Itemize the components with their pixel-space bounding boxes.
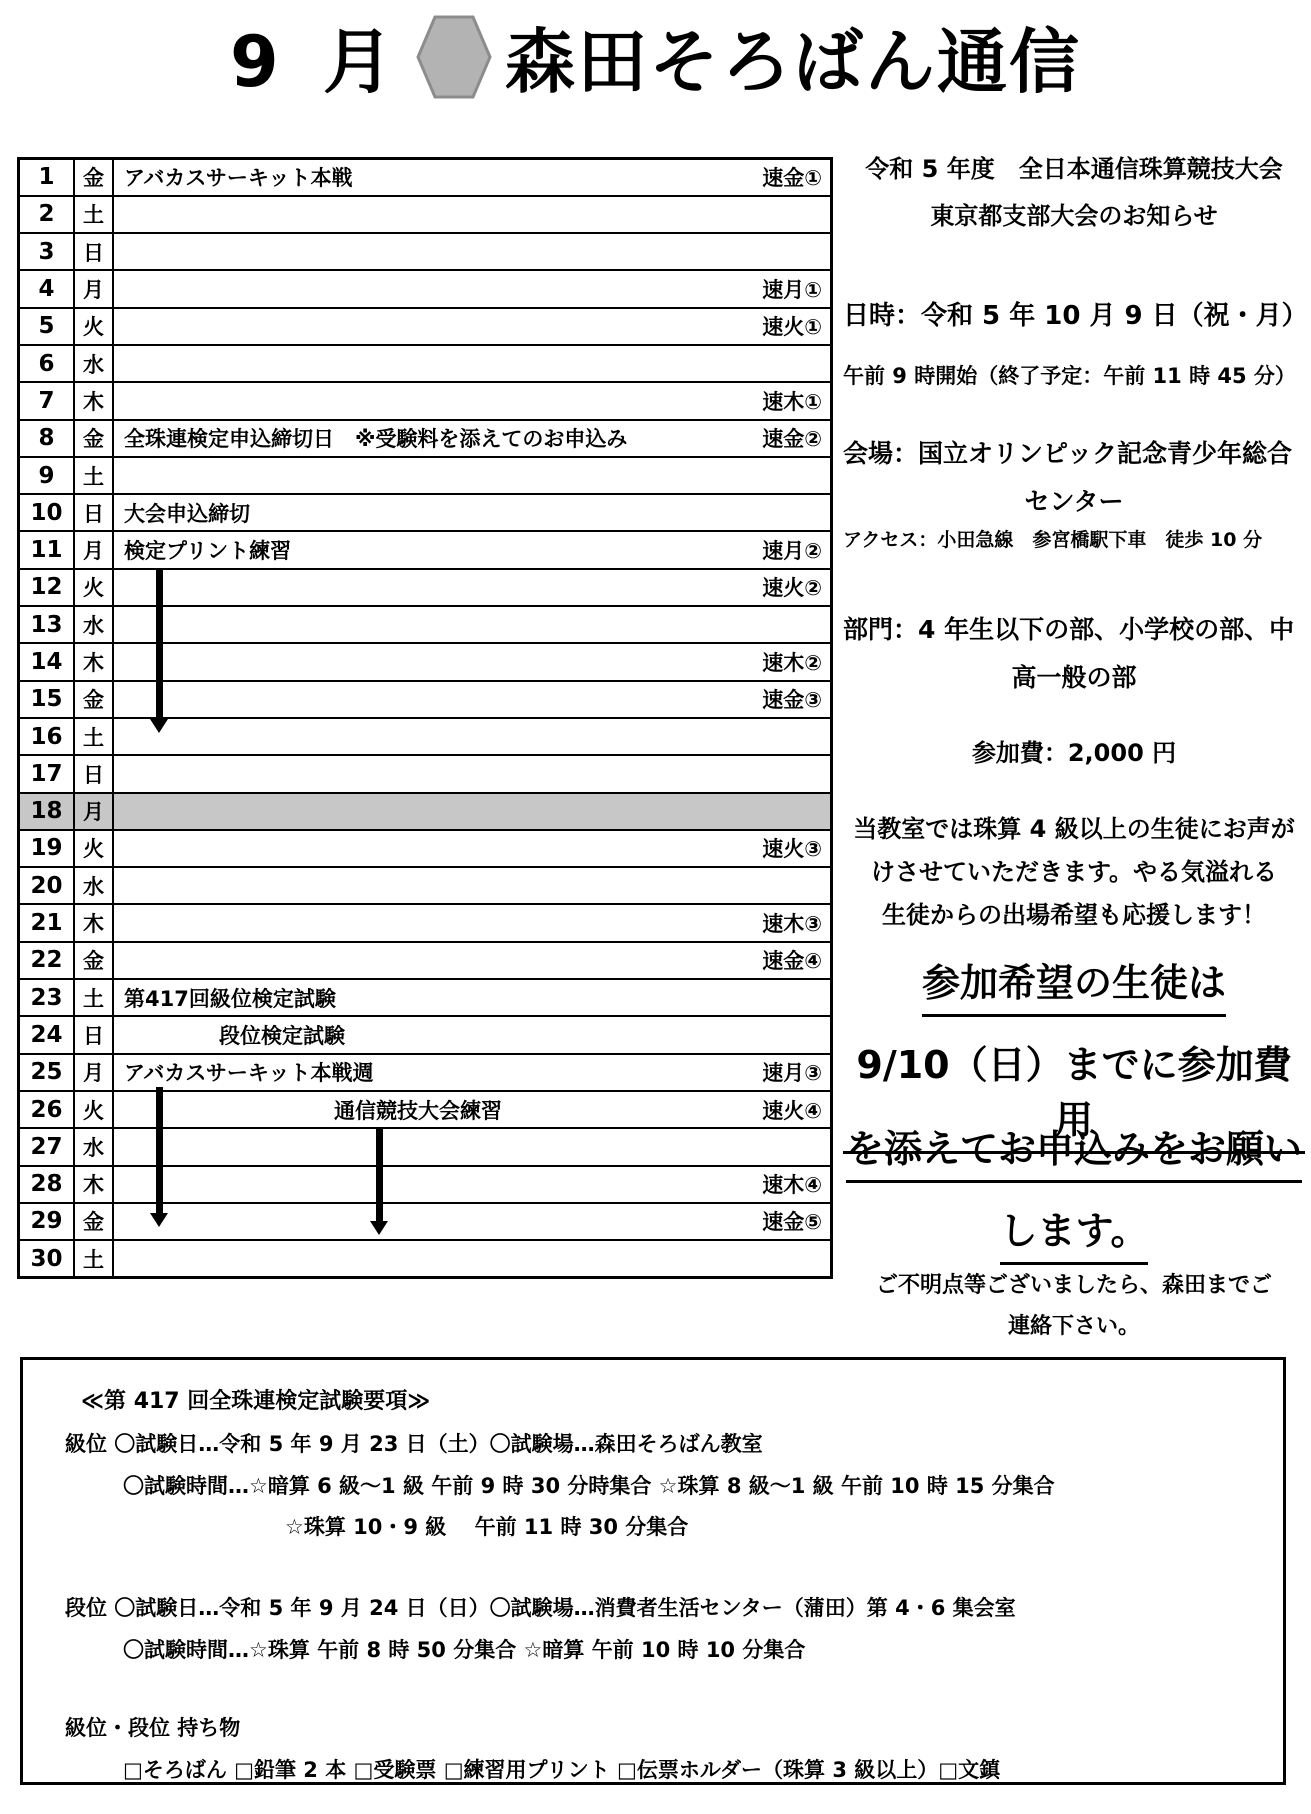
note-line2: けさせていただきます。やる気溢れる xyxy=(843,851,1305,894)
event-cell: 速火① xyxy=(113,308,832,345)
day-cell: 18 xyxy=(19,793,75,830)
belongings-list: □そろばん □鉛筆 2 本 □受験票 □練習用プリント □伝票ホルダー（珠算 3… xyxy=(123,1754,1000,1784)
table-row: 22金速金④ xyxy=(19,942,832,979)
title-hexagon-icon xyxy=(415,14,493,100)
table-row: 8金全珠連検定申込締切日 ※受験料を添えてのお申込み速金② xyxy=(19,420,832,457)
title-month: 9 月 xyxy=(230,6,403,107)
day-cell: 19 xyxy=(19,830,75,867)
weekday-cell: 日 xyxy=(74,494,113,531)
kyui-exam-date: 級位 〇試験日…令和 5 年 9 月 23 日（土）〇試験場…森田そろばん教室 xyxy=(65,1428,763,1458)
event-cell xyxy=(113,233,832,270)
event-cell xyxy=(113,196,832,233)
event-cell: 速金④ xyxy=(113,942,832,979)
event-cell xyxy=(113,1240,832,1277)
weekday-cell: 土 xyxy=(74,979,113,1016)
weekday-cell: 土 xyxy=(74,1240,113,1277)
event-text: アバカスサーキット本戦週 xyxy=(124,1057,373,1087)
event-datetime: 日時：令和 5 年 10 月 9 日（祝・月） xyxy=(843,295,1305,332)
contact-line2: 連絡下さい。 xyxy=(843,1307,1305,1348)
day-cell: 24 xyxy=(19,1016,75,1053)
weekday-cell: 金 xyxy=(74,942,113,979)
event-cell xyxy=(113,718,832,755)
weekday-cell: 日 xyxy=(74,233,113,270)
event-division: 部門：4 年生以下の部、小学校の部、中 高一般の部 xyxy=(843,606,1305,701)
weekday-cell: 火 xyxy=(74,308,113,345)
lesson-code: 速月② xyxy=(762,535,822,565)
weekday-cell: 日 xyxy=(74,755,113,792)
page-title: 9 月 森田そろばん通信 xyxy=(0,6,1311,107)
event-cell: 速月① xyxy=(113,270,832,307)
event-text: 検定プリント練習 xyxy=(124,535,291,565)
announcement-heading: 令和 5 年度 全日本通信珠算競技大会 東京都支部大会のお知らせ xyxy=(843,146,1305,240)
table-row: 13水 xyxy=(19,606,832,643)
weekday-cell: 木 xyxy=(74,1166,113,1203)
event-cell: 第417回級位検定試験 xyxy=(113,979,832,1016)
event-cell: 速木① xyxy=(113,382,832,419)
event-text: 段位検定試験 xyxy=(124,1020,345,1050)
event-fee: 参加費：2,000 円 xyxy=(843,733,1305,768)
kyui-exam-time2: ☆珠算 10・9 級 午前 11 時 30 分集合 xyxy=(285,1511,688,1541)
lesson-code: 速金④ xyxy=(762,945,822,975)
event-start-time: 午前 9 時開始（終了予定：午前 11 時 45 分） xyxy=(843,360,1305,390)
weekday-cell: 月 xyxy=(74,1054,113,1091)
weekday-cell: 火 xyxy=(74,569,113,606)
event-cell xyxy=(113,606,832,643)
weekday-cell: 水 xyxy=(74,1128,113,1165)
event-text: 第417回級位検定試験 xyxy=(124,983,336,1013)
table-row: 3日 xyxy=(19,233,832,270)
day-cell: 1 xyxy=(19,159,75,196)
day-cell: 27 xyxy=(19,1128,75,1165)
table-row: 16土 xyxy=(19,718,832,755)
table-row: 5火速火① xyxy=(19,308,832,345)
event-text: 通信競技大会練習 xyxy=(124,1095,502,1125)
lesson-code: 速金① xyxy=(762,162,822,192)
dani-exam-date: 段位 〇試験日…令和 5 年 9 月 24 日（日）〇試験場…消費者生活センター… xyxy=(65,1592,1016,1622)
event-cell: 全珠連検定申込締切日 ※受験料を添えてのお申込み速金② xyxy=(113,420,832,457)
table-row: 9土 xyxy=(19,457,832,494)
table-row: 1金アバカスサーキット本戦速金① xyxy=(19,159,832,196)
lesson-code: 速金③ xyxy=(762,684,822,714)
weekday-cell: 土 xyxy=(74,196,113,233)
table-row: 10日大会申込締切 xyxy=(19,494,832,531)
weekday-cell: 金 xyxy=(74,159,113,196)
venue-line2: センター xyxy=(843,478,1305,526)
event-venue: 会場：国立オリンピック記念青少年総合 センター xyxy=(843,430,1305,525)
event-cell: アバカスサーキット本戦週速月③ xyxy=(113,1054,832,1091)
cta-line3: を添えてお申込みをお願い xyxy=(843,1118,1305,1183)
weekday-cell: 月 xyxy=(74,793,113,830)
table-row: 29金速金⑤ xyxy=(19,1203,832,1240)
event-cell xyxy=(113,867,832,904)
event-cell: 速木② xyxy=(113,643,832,680)
day-cell: 14 xyxy=(19,643,75,680)
venue-line1: 会場：国立オリンピック記念青少年総合 xyxy=(843,430,1305,478)
weekday-cell: 木 xyxy=(74,382,113,419)
contact-note: ご不明点等ございましたら、森田までご 連絡下さい。 xyxy=(843,1266,1305,1347)
table-row: 4月速月① xyxy=(19,270,832,307)
belongings-title: 級位・段位 持ち物 xyxy=(65,1712,240,1742)
event-text: アバカスサーキット本戦 xyxy=(124,162,352,192)
weekday-cell: 火 xyxy=(74,1091,113,1128)
lesson-code: 速木④ xyxy=(762,1169,822,1199)
lesson-code: 速火② xyxy=(762,572,822,602)
lesson-code: 速月① xyxy=(762,274,822,304)
event-cell: 速木④ xyxy=(113,1166,832,1203)
cta-line1: 参加希望の生徒は xyxy=(843,952,1305,1017)
table-row: 30土 xyxy=(19,1240,832,1277)
event-text: 大会申込締切 xyxy=(124,498,250,528)
day-cell: 11 xyxy=(19,531,75,568)
day-cell: 16 xyxy=(19,718,75,755)
table-row: 11月検定プリント練習速月② xyxy=(19,531,832,568)
heading-line1: 令和 5 年度 全日本通信珠算競技大会 xyxy=(843,146,1305,193)
kyui-exam-time1: 〇試験時間…☆暗算 6 級～1 級 午前 9 時 30 分時集合 ☆珠算 8 級… xyxy=(123,1470,1055,1500)
note-line3: 生徒からの出場希望も応援します！ xyxy=(843,894,1305,937)
weekday-cell: 日 xyxy=(74,1016,113,1053)
dani-exam-time: 〇試験時間…☆珠算 午前 8 時 50 分集合 ☆暗算 午前 10 時 10 分… xyxy=(123,1634,805,1664)
table-row: 12火速火② xyxy=(19,569,832,606)
exam-requirements-box: ≪第 417 回全珠連検定試験要項≫ 級位 〇試験日…令和 5 年 9 月 23… xyxy=(20,1357,1286,1785)
event-cell: 大会申込締切 xyxy=(113,494,832,531)
day-cell: 21 xyxy=(19,904,75,941)
day-cell: 13 xyxy=(19,606,75,643)
table-row: 20水 xyxy=(19,867,832,904)
cta-line4: します。 xyxy=(843,1200,1305,1265)
table-row: 25月アバカスサーキット本戦週速月③ xyxy=(19,1054,832,1091)
event-cell xyxy=(113,457,832,494)
day-cell: 26 xyxy=(19,1091,75,1128)
lesson-code: 速木① xyxy=(762,386,822,416)
weekday-cell: 金 xyxy=(74,1203,113,1240)
event-cell: 速金③ xyxy=(113,681,832,718)
day-cell: 29 xyxy=(19,1203,75,1240)
event-cell: 通信競技大会練習速火④ xyxy=(113,1091,832,1128)
calendar-table: 1金アバカスサーキット本戦速金①2土3日4月速月①5火速火①6水7木速木①8金全… xyxy=(17,157,833,1279)
day-cell: 23 xyxy=(19,979,75,1016)
event-cell: 検定プリント練習速月② xyxy=(113,531,832,568)
day-cell: 25 xyxy=(19,1054,75,1091)
event-cell: 速金⑤ xyxy=(113,1203,832,1240)
weekday-cell: 水 xyxy=(74,867,113,904)
table-row: 21木速木③ xyxy=(19,904,832,941)
event-cell xyxy=(113,755,832,792)
weekday-cell: 月 xyxy=(74,531,113,568)
lesson-code: 速火① xyxy=(762,311,822,341)
table-row: 17日 xyxy=(19,755,832,792)
day-cell: 9 xyxy=(19,457,75,494)
lesson-code: 速金② xyxy=(762,423,822,453)
event-cell xyxy=(113,1128,832,1165)
day-cell: 7 xyxy=(19,382,75,419)
event-cell: 速火② xyxy=(113,569,832,606)
weekday-cell: 土 xyxy=(74,718,113,755)
lesson-code: 速木③ xyxy=(762,908,822,938)
arrow-down-icon xyxy=(156,1087,163,1214)
event-cell: 速火③ xyxy=(113,830,832,867)
weekday-cell: 水 xyxy=(74,606,113,643)
lesson-code: 速火④ xyxy=(762,1095,822,1125)
heading-line2: 東京都支部大会のお知らせ xyxy=(843,193,1305,240)
event-cell xyxy=(113,345,832,382)
day-cell: 12 xyxy=(19,569,75,606)
table-row: 7木速木① xyxy=(19,382,832,419)
day-cell: 17 xyxy=(19,755,75,792)
day-cell: 3 xyxy=(19,233,75,270)
arrow-down-icon xyxy=(376,1128,383,1222)
weekday-cell: 火 xyxy=(74,830,113,867)
weekday-cell: 金 xyxy=(74,681,113,718)
weekday-cell: 月 xyxy=(74,270,113,307)
lesson-code: 速火③ xyxy=(762,833,822,863)
lesson-code: 速月③ xyxy=(762,1057,822,1087)
lesson-code: 速金⑤ xyxy=(762,1206,822,1236)
event-access: アクセス：小田急線 参宮橋駅下車 徒歩 10 分 xyxy=(843,525,1305,552)
day-cell: 2 xyxy=(19,196,75,233)
day-cell: 30 xyxy=(19,1240,75,1277)
table-row: 24日段位検定試験 xyxy=(19,1016,832,1053)
event-text: 全珠連検定申込締切日 ※受験料を添えてのお申込み xyxy=(124,423,627,453)
table-row: 26火通信競技大会練習速火④ xyxy=(19,1091,832,1128)
day-cell: 22 xyxy=(19,942,75,979)
event-cell xyxy=(113,793,832,830)
day-cell: 20 xyxy=(19,867,75,904)
contact-line1: ご不明点等ございましたら、森田までご xyxy=(843,1266,1305,1307)
table-row: 14木速木② xyxy=(19,643,832,680)
day-cell: 28 xyxy=(19,1166,75,1203)
event-cell: 速木③ xyxy=(113,904,832,941)
day-cell: 15 xyxy=(19,681,75,718)
weekday-cell: 土 xyxy=(74,457,113,494)
table-row: 18月 xyxy=(19,793,832,830)
weekday-cell: 木 xyxy=(74,643,113,680)
table-row: 23土第417回級位検定試験 xyxy=(19,979,832,1016)
note-line1: 当教室では珠算 4 級以上の生徒にお声が xyxy=(843,808,1305,851)
table-row: 6水 xyxy=(19,345,832,382)
event-cell: 段位検定試験 xyxy=(113,1016,832,1053)
division-line2: 高一般の部 xyxy=(843,654,1305,702)
arrow-down-icon xyxy=(156,570,163,720)
exam-box-title: ≪第 417 回全珠連検定試験要項≫ xyxy=(81,1384,430,1415)
table-row: 28木速木④ xyxy=(19,1166,832,1203)
table-row: 2土 xyxy=(19,196,832,233)
day-cell: 4 xyxy=(19,270,75,307)
day-cell: 6 xyxy=(19,345,75,382)
event-cell: アバカスサーキット本戦速金① xyxy=(113,159,832,196)
weekday-cell: 水 xyxy=(74,345,113,382)
newsletter-page: 9 月 森田そろばん通信 1金アバカスサーキット本戦速金①2土3日4月速月①5火… xyxy=(0,0,1311,1814)
day-cell: 8 xyxy=(19,420,75,457)
title-main: 森田そろばん通信 xyxy=(505,6,1081,107)
weekday-cell: 金 xyxy=(74,420,113,457)
table-row: 15金速金③ xyxy=(19,681,832,718)
weekday-cell: 木 xyxy=(74,904,113,941)
division-line1: 部門：4 年生以下の部、小学校の部、中 xyxy=(843,606,1305,654)
teacher-note: 当教室では珠算 4 級以上の生徒にお声が けさせていただきます。やる気溢れる 生… xyxy=(843,808,1305,938)
table-row: 19火速火③ xyxy=(19,830,832,867)
calendar-body: 1金アバカスサーキット本戦速金①2土3日4月速月①5火速火①6水7木速木①8金全… xyxy=(19,159,832,1278)
lesson-code: 速木② xyxy=(762,647,822,677)
day-cell: 10 xyxy=(19,494,75,531)
table-row: 27水 xyxy=(19,1128,832,1165)
day-cell: 5 xyxy=(19,308,75,345)
